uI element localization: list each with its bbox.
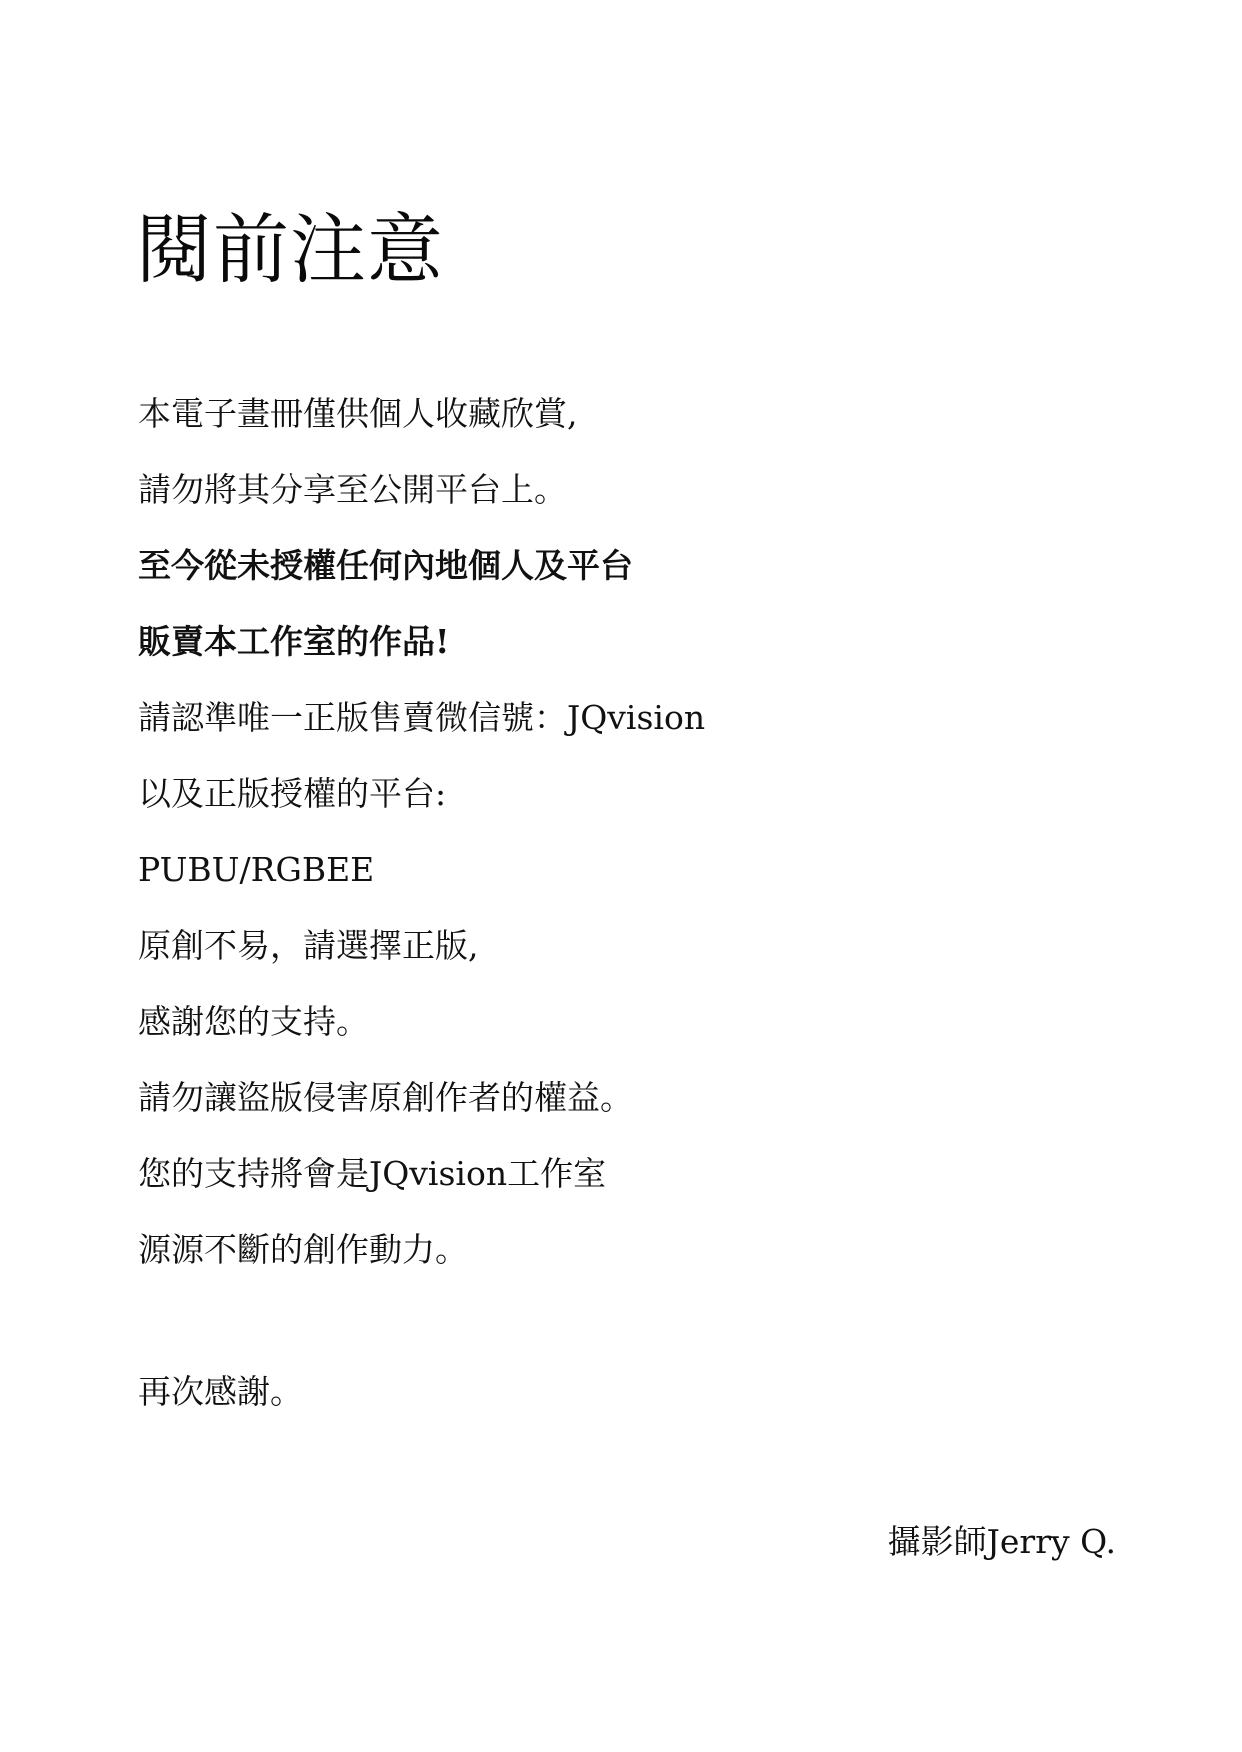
notice-line: 本電子畫冊僅供個人收藏欣賞, [138, 392, 705, 468]
notice-line: PUBU/RGBEE [138, 848, 705, 924]
notice-line: 請勿將其分享至公開平台上。 [138, 468, 705, 544]
notice-line: 源源不斷的創作動力。 [138, 1228, 705, 1304]
signature: 攝影師Jerry Q. [888, 1520, 1116, 1564]
notice-body: 本電子畫冊僅供個人收藏欣賞, 請勿將其分享至公開平台上。 至今從未授權任何內地個… [138, 392, 705, 1304]
closing-text: 再次感謝。 [138, 1370, 303, 1414]
notice-line: 您的支持將會是JQvision工作室 [138, 1152, 705, 1228]
notice-line: 以及正版授權的平台: [138, 772, 705, 848]
notice-line: 請勿讓盜版侵害原創作者的權益。 [138, 1076, 705, 1152]
notice-line: 請認準唯一正版售賣微信號：JQvision [138, 696, 705, 772]
notice-line-emphasis: 至今從未授權任何內地個人及平台 [138, 544, 705, 620]
page-title: 閱前注意 [136, 200, 444, 300]
notice-line: 原創不易，請選擇正版, [138, 924, 705, 1000]
notice-line: 感謝您的支持。 [138, 1000, 705, 1076]
notice-page: 閱前注意 本電子畫冊僅供個人收藏欣賞, 請勿將其分享至公開平台上。 至今從未授權… [0, 0, 1242, 1752]
notice-line-emphasis: 販賣本工作室的作品! [138, 620, 705, 696]
